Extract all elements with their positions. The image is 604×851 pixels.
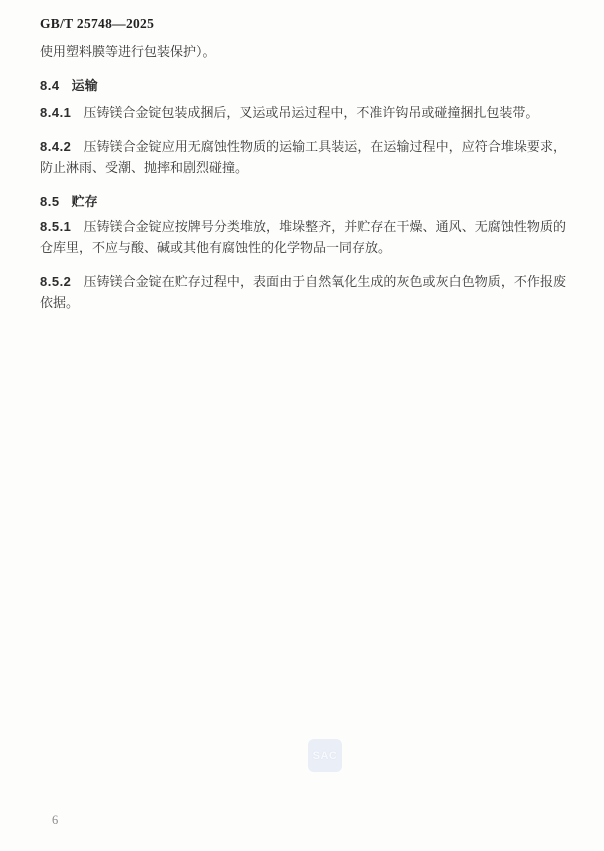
section-heading-storage: 8.5贮存 (40, 191, 566, 212)
section-heading-transport: 8.4运输 (40, 75, 566, 96)
clause-number: 8.5.2 (40, 274, 71, 289)
clause-number: 8.5.1 (40, 219, 71, 234)
clause-number: 8.4.1 (40, 105, 71, 120)
section-title: 运输 (72, 78, 98, 93)
clause-number: 8.4.2 (40, 139, 71, 154)
section-number: 8.5 (40, 194, 60, 209)
document-page: GB/T 25748—2025 使用塑料膜等进行包装保护）。 8.4运输 8.4… (0, 0, 604, 851)
clause-text: 压铸镁合金锭包装成捆后，叉运或吊运过程中，不准许钩吊或碰撞捆扎包装带。 (83, 105, 538, 120)
section-title: 贮存 (72, 194, 98, 209)
intro-paragraph: 使用塑料膜等进行包装保护）。 (40, 41, 566, 62)
clause-8-5-2: 8.5.2压铸镁合金锭在贮存过程中，表面由于自然氧化生成的灰色或灰白色物质，不作… (40, 271, 566, 313)
clause-8-4-1: 8.4.1压铸镁合金锭包装成捆后，叉运或吊运过程中，不准许钩吊或碰撞捆扎包装带。 (40, 102, 566, 123)
page-content: GB/T 25748—2025 使用塑料膜等进行包装保护）。 8.4运输 8.4… (40, 0, 566, 326)
clause-text: 压铸镁合金锭应用无腐蚀性物质的运输工具装运，在运输过程中，应符合堆垛要求，防止淋… (40, 139, 566, 175)
clause-text: 压铸镁合金锭在贮存过程中，表面由于自然氧化生成的灰色或灰白色物质，不作报废依据。 (40, 274, 566, 310)
section-number: 8.4 (40, 78, 60, 93)
clause-8-5-1: 8.5.1压铸镁合金锭应按牌号分类堆放，堆垛整齐，并贮存在干燥、通风、无腐蚀性物… (40, 216, 566, 258)
sac-watermark-icon: SAC (308, 739, 342, 772)
page-number: 6 (52, 811, 58, 829)
standard-number-header: GB/T 25748—2025 (40, 13, 566, 34)
clause-8-4-2: 8.4.2压铸镁合金锭应用无腐蚀性物质的运输工具装运，在运输过程中，应符合堆垛要… (40, 136, 566, 178)
clause-text: 压铸镁合金锭应按牌号分类堆放，堆垛整齐，并贮存在干燥、通风、无腐蚀性物质的仓库里… (40, 219, 566, 255)
